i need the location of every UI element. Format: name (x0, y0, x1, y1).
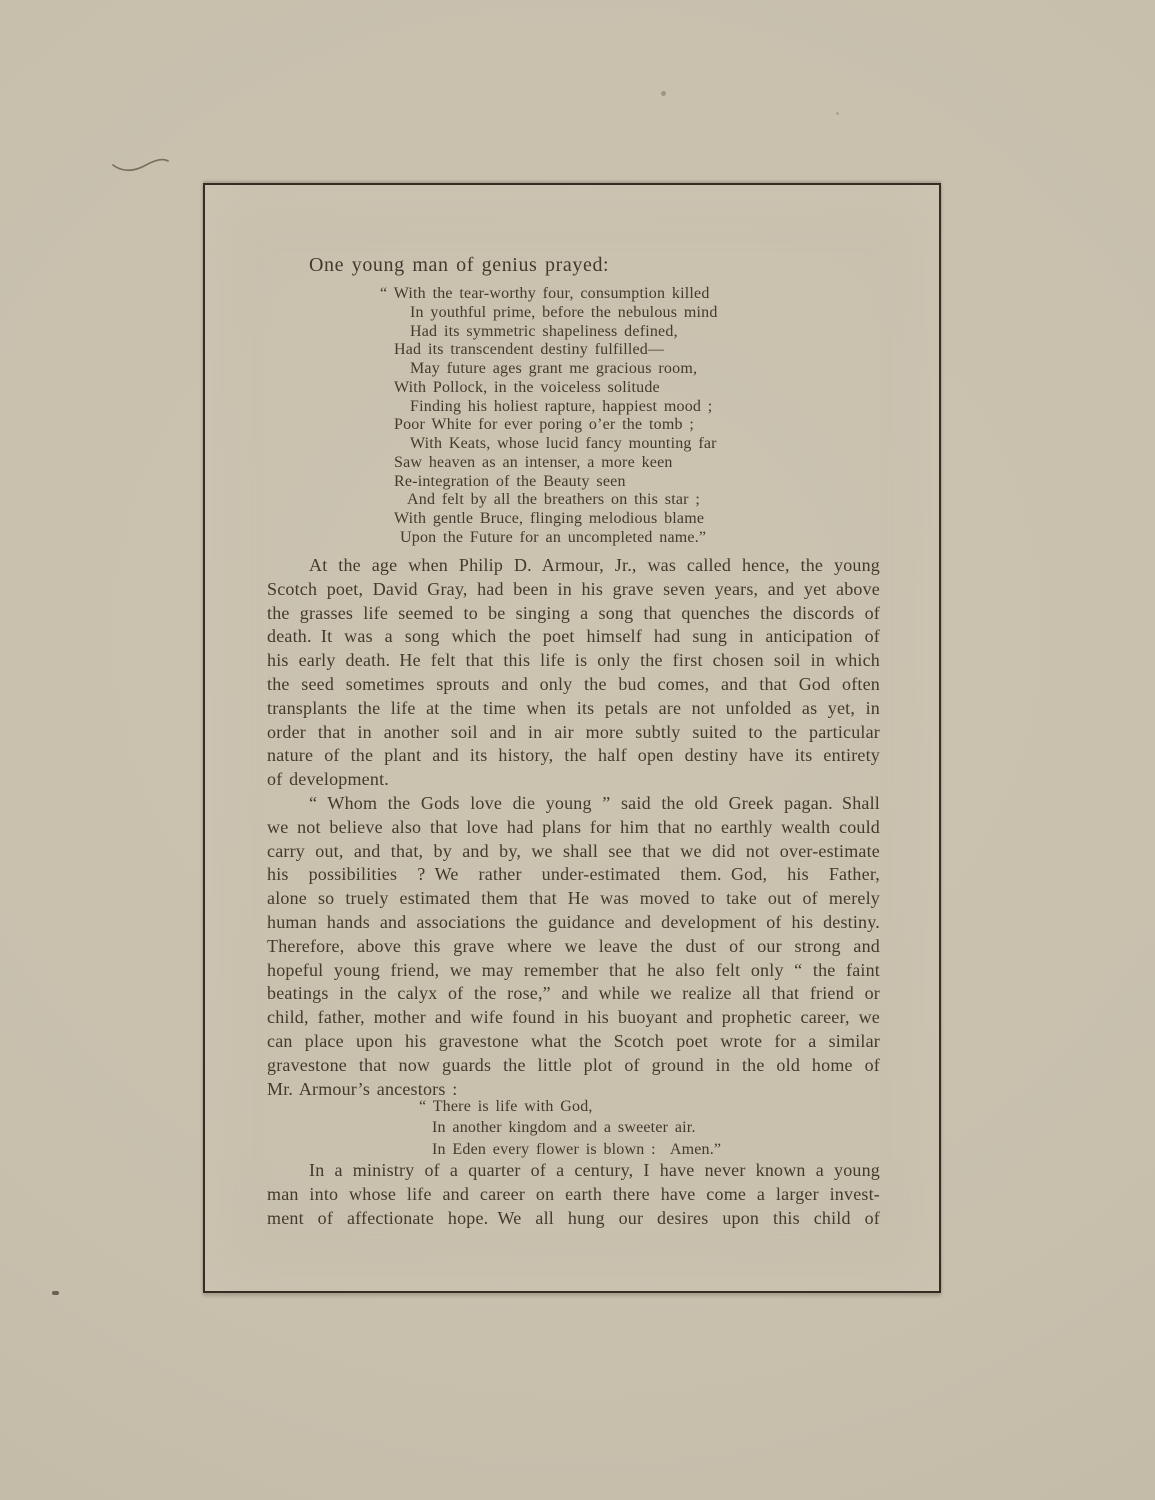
paragraph-line: the seed sometimes sprouts and only the … (267, 673, 880, 697)
paragraph-line: can place upon his gravestone what the S… (267, 1030, 880, 1054)
poem-line: Poor White for ever poring o’er the tomb… (380, 416, 718, 435)
poem-line: Upon the Future for an uncompleted name.… (380, 529, 718, 548)
paragraph-line: At the age when Philip D. Armour, Jr., w… (267, 554, 880, 578)
epitaph-block: “ There is life with God, In another kin… (419, 1096, 721, 1160)
poem-block: “ With the tear-worthy four, consumption… (380, 285, 718, 548)
paragraph-2: “ Whom the Gods love die young ” said th… (267, 792, 880, 1101)
poem-line: Re-integration of the Beauty seen (380, 473, 718, 492)
paragraph-line: beatings in the calyx of the rose,” and … (267, 982, 880, 1006)
paragraph-line: In a ministry of a quarter of a century,… (267, 1159, 880, 1183)
paragraph-line: “ Whom the Gods love die young ” said th… (267, 792, 880, 816)
paragraph-line: we not believe also that love had plans … (267, 816, 880, 840)
paragraph-line: Therefore, above this grave where we lea… (267, 935, 880, 959)
poem-line: With Keats, whose lucid fancy mounting f… (380, 435, 718, 454)
epitaph-line: In Eden every flower is blown : Amen.” (419, 1139, 721, 1160)
paragraph-line: human hands and associations the guidanc… (267, 911, 880, 935)
paragraph-line: of development. (267, 768, 880, 792)
paragraph-line: the grasses life seemed to be singing a … (267, 602, 880, 626)
poem-line: Had its symmetric shapeliness defined, (380, 323, 718, 342)
poem-line: May future ages grant me gracious room, (380, 360, 718, 379)
paragraph-line: gravestone that now guards the little pl… (267, 1054, 880, 1078)
poem-line: Finding his holiest rapture, happiest mo… (380, 398, 718, 417)
poem-line: “ With the tear-worthy four, consumption… (380, 285, 718, 304)
paragraph-line: man into whose life and career on earth … (267, 1183, 880, 1207)
paragraph-line: his early death. He felt that this life … (267, 649, 880, 673)
poem-line: In youthful prime, before the nebulous m… (380, 304, 718, 323)
paragraph-line: child, father, mother and wife found in … (267, 1006, 880, 1030)
ink-speck (52, 1291, 59, 1295)
paragraph-line: hopeful young friend, we may remember th… (267, 959, 880, 983)
paragraph-line: transplants the life at the time when it… (267, 697, 880, 721)
epitaph-line: In another kingdom and a sweeter air. (419, 1117, 721, 1138)
poem-line: With Pollock, in the voiceless solitude (380, 379, 718, 398)
paragraph-line: Scotch poet, David Gray, had been in his… (267, 578, 880, 602)
poem-line: Saw heaven as an intenser, a more keen (380, 454, 718, 473)
pen-squiggle-mark (110, 150, 172, 178)
paragraph-line: nature of the plant and its history, the… (267, 744, 880, 768)
ink-speck (661, 91, 666, 96)
ink-speck (836, 112, 839, 115)
paragraph-line: his possibilities ? We rather under-esti… (267, 863, 880, 887)
poem-line: And felt by all the breathers on this st… (380, 491, 718, 510)
paragraph-line: alone so truely estimated them that He w… (267, 887, 880, 911)
poem-line: Had its transcendent destiny fulfilled— (380, 341, 718, 360)
page-heading: One young man of genius prayed: (309, 254, 609, 277)
paragraph-1: At the age when Philip D. Armour, Jr., w… (267, 554, 880, 792)
paragraph-line: death. It was a song which the poet hims… (267, 625, 880, 649)
poem-line: With gentle Bruce, flinging melodious bl… (380, 510, 718, 529)
paragraph-line: ment of affectionate hope. We all hung o… (267, 1207, 880, 1231)
paragraph-3: In a ministry of a quarter of a century,… (267, 1159, 880, 1230)
epitaph-line: “ There is life with God, (419, 1096, 721, 1117)
paragraph-line: carry out, and that, by and by, we shall… (267, 840, 880, 864)
page-border-frame: One young man of genius prayed: “ With t… (203, 183, 941, 1293)
paragraph-line: order that in another soil and in air mo… (267, 721, 880, 745)
